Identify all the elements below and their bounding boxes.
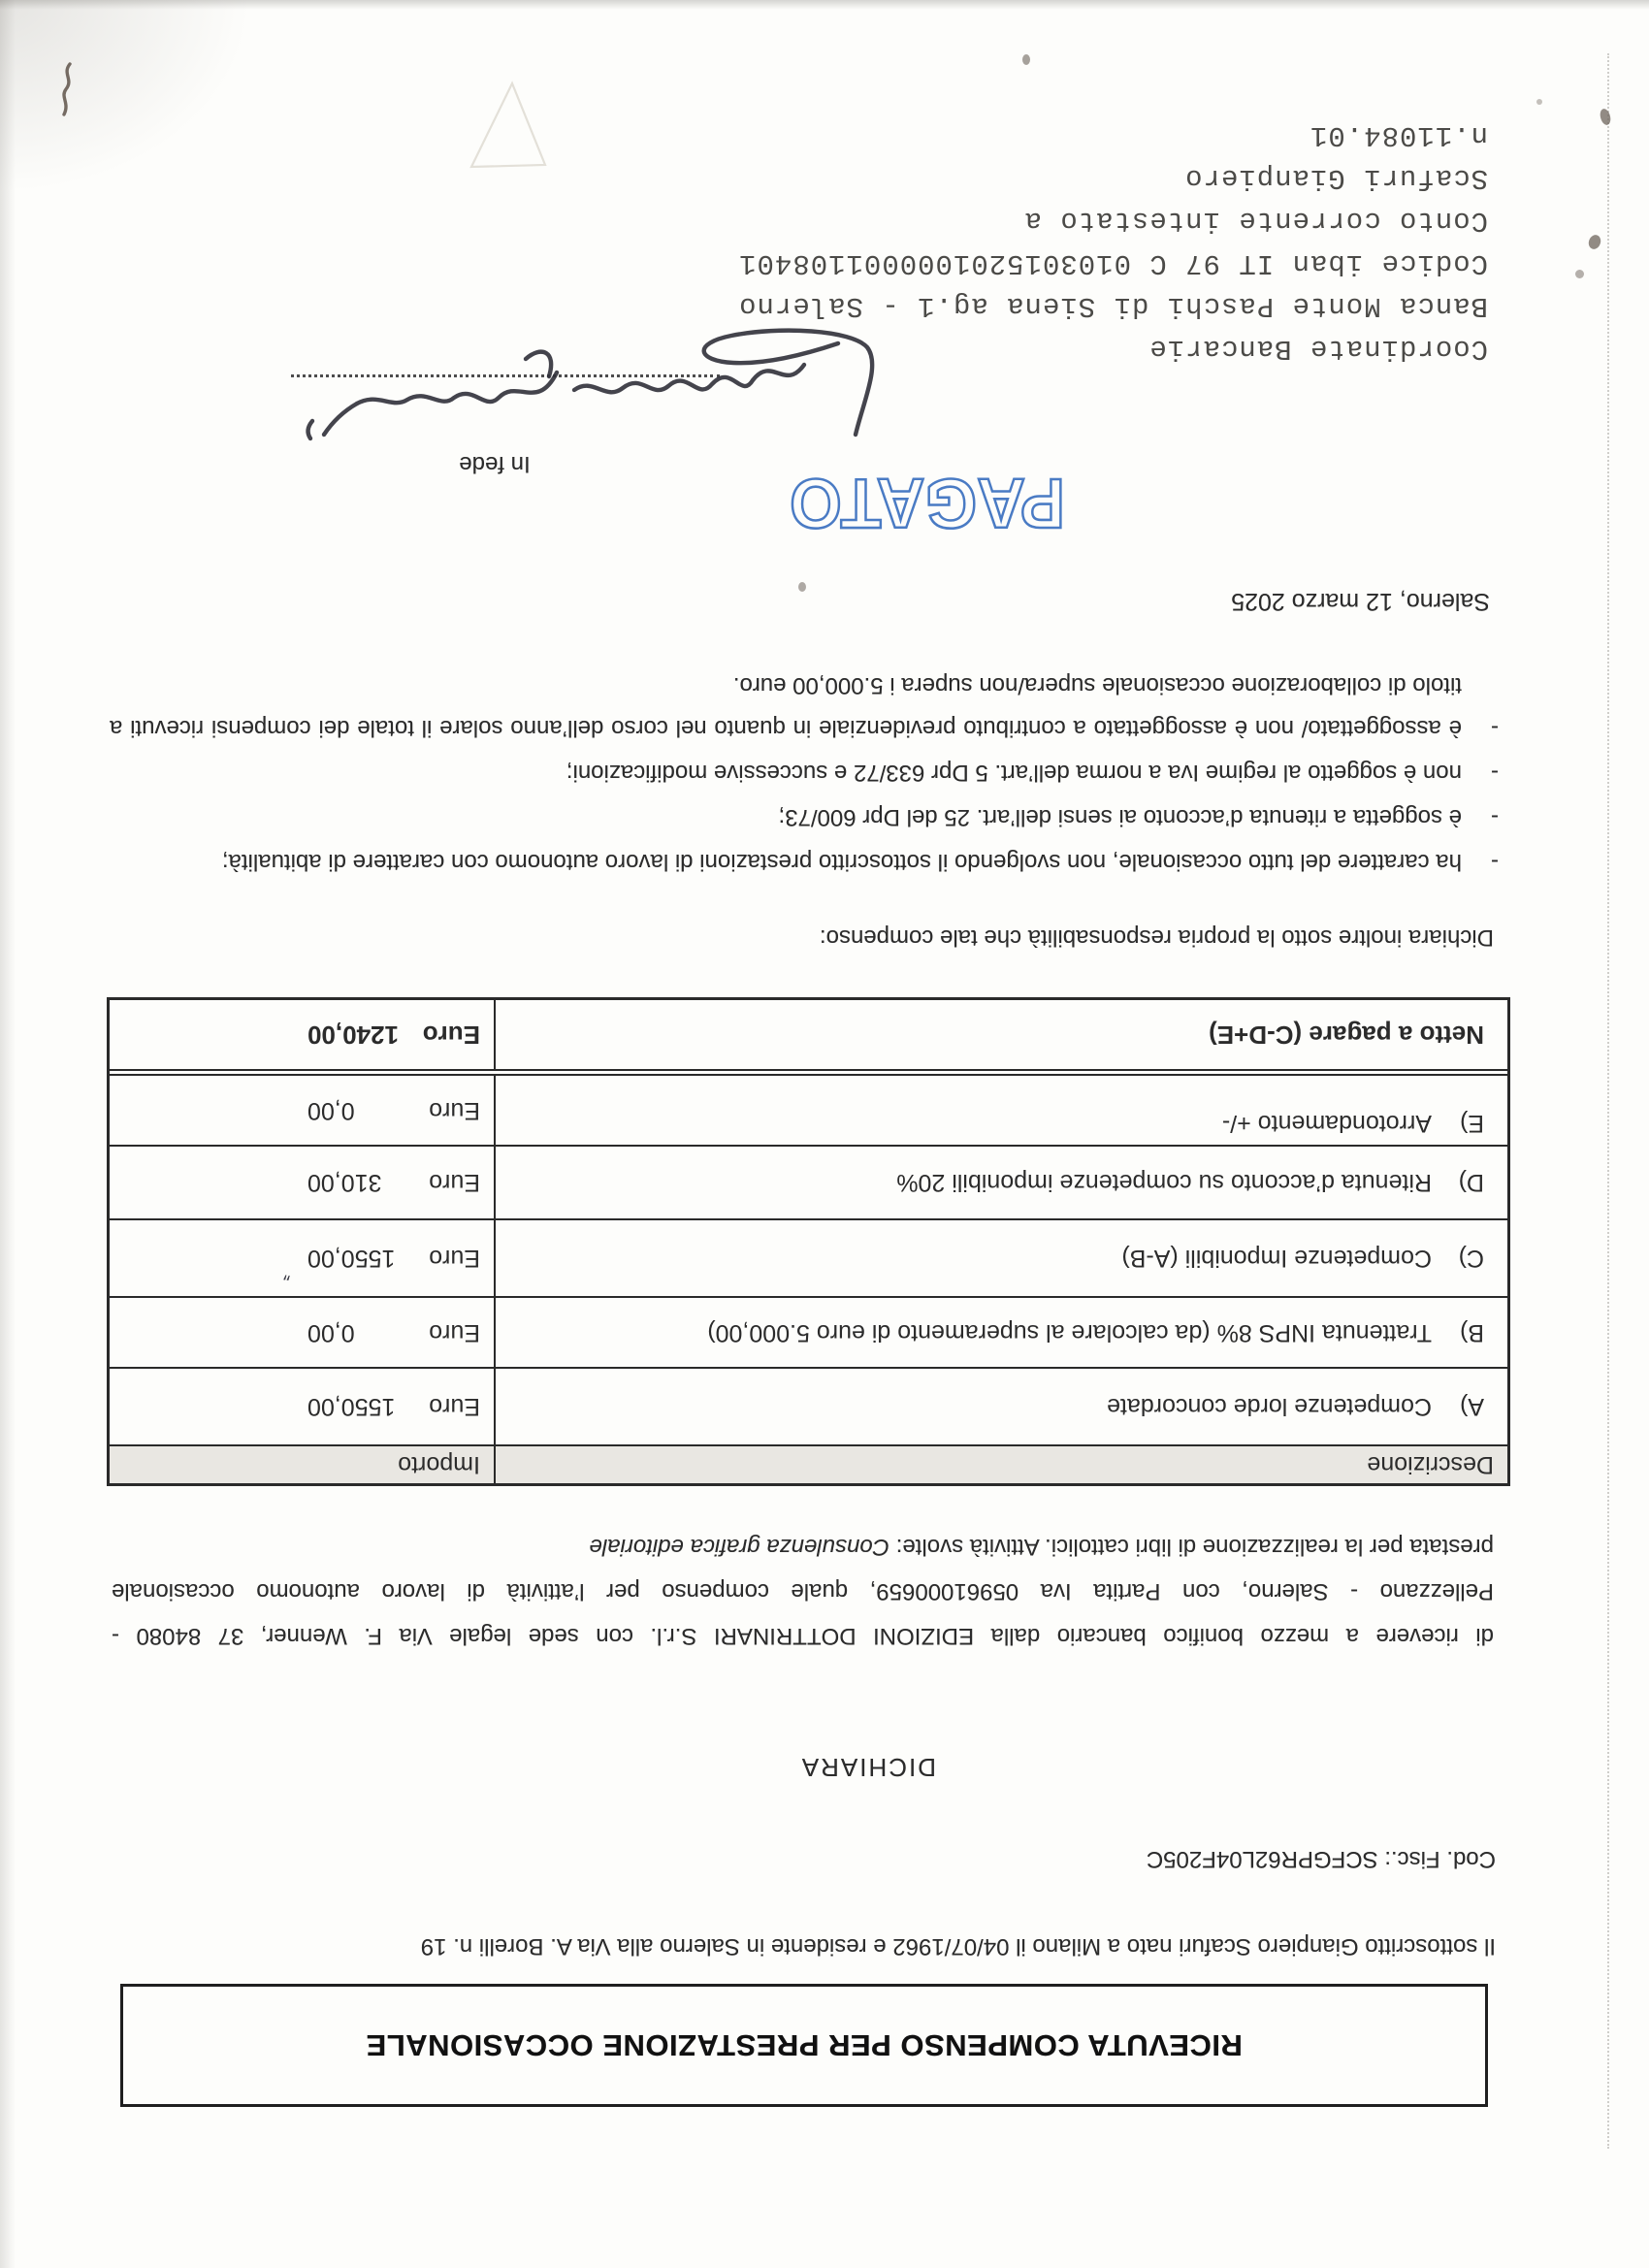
col-header-descrizione: Descrizione [494, 1446, 1507, 1483]
bank-line: n.11084.01 [738, 109, 1488, 151]
receipt-page-rotated-180: RICEVUTA COMPENSO PER PRESTAZIONE OCCASI… [0, 0, 1649, 2268]
table-row-b: B)Trattenuta INPS 8% (da calcolare al su… [110, 1298, 1507, 1369]
bullet-item: -non è soggetto al regime Iva a norma de… [110, 751, 1499, 794]
paragraph-line-3: prestata per la realizzazione di libri c… [112, 1517, 1494, 1562]
bullet-dash: - [1462, 664, 1499, 749]
scanned-document: RICEVUTA COMPENSO PER PRESTAZIONE OCCASI… [0, 0, 1649, 2268]
paragraph-line-2: Pellezzano - Salerno, con Partita Iva 05… [112, 1562, 1494, 1606]
in-fede-label: In fede [412, 448, 577, 479]
table-row-c: C)Competenze Imponibili (A-B) Euro1550,0… [110, 1220, 1507, 1298]
pagato-stamp-text: PAGATO [790, 466, 1065, 535]
ink-tick-mark: ″ [282, 1261, 292, 1284]
subject-line: Il sottoscritto Gianpiero Scafuri nato a… [118, 1930, 1496, 1961]
paragraph-line-1: di ricevere a mezzo bonifico bancario da… [112, 1606, 1494, 1651]
total-label: Netto a pagare (C-D+E) [494, 1000, 1507, 1069]
bank-line: Coordinate Bancarie [738, 322, 1488, 365]
bullet-item: -ha carattere del tutto occasionale, non… [110, 840, 1499, 883]
table-header-row: Descrizione Importo [110, 1446, 1507, 1483]
bank-line: Scafuri Gianpiero [738, 151, 1488, 194]
bank-line: Banca Monte Paschi di Siena ag.1 - Saler… [738, 279, 1488, 322]
table-total-row: Netto a pagare (C-D+E) Euro1240,00 [110, 1000, 1507, 1076]
table-row-a: A)Competenze lorde concordate Euro1550,0… [110, 1369, 1507, 1446]
col-header-importo: Importo [110, 1446, 494, 1483]
declaration-bullets: -ha carattere del tutto occasionale, non… [110, 662, 1499, 883]
declaration-paragraph: di ricevere a mezzo bonifico bancario da… [112, 1517, 1494, 1651]
bank-line: Codice iban IT 97 C 01030152010000011084… [738, 237, 1488, 279]
bullet-item: -è soggetta a ritenuta d’acconto ai sens… [110, 795, 1499, 838]
document-title-box: RICEVUTA COMPENSO PER PRESTAZIONE OCCASI… [120, 1984, 1488, 2107]
pagato-stamp: PAGATO [780, 466, 1071, 535]
bullet-dash: - [1462, 751, 1499, 794]
bullet-dash: - [1462, 795, 1499, 838]
amounts-table: Descrizione Importo A)Competenze lorde c… [107, 997, 1510, 1486]
bank-line: Conto corrente intestato a [738, 194, 1488, 237]
dichiara-heading: DICHIARA [800, 1752, 936, 1783]
declaration-intro: Dichiara inoltre sotto la propria respon… [330, 922, 1494, 953]
place-date-line: Salerno, 12 marzo 2025 [1231, 586, 1490, 617]
bank-coordinates-block: Coordinate Bancarie Banca Monte Paschi d… [738, 109, 1488, 365]
bullet-dash: - [1462, 840, 1499, 883]
table-row-e: E)Arrotondamento +/- Euro0,00 [110, 1076, 1507, 1147]
document-title: RICEVUTA COMPENSO PER PRESTAZIONE OCCASI… [366, 2028, 1243, 2063]
fiscal-code-line: Cod. Fisc.: SCFGPR62L04F205C [623, 1843, 1496, 1874]
bullet-item: -è assoggettato/ non è assoggettato a co… [110, 664, 1499, 749]
activity-italic: Consulenza grafica editoriale [590, 1534, 890, 1560]
table-row-d: D)Ritenuta d’acconto su competenze impon… [110, 1147, 1507, 1220]
